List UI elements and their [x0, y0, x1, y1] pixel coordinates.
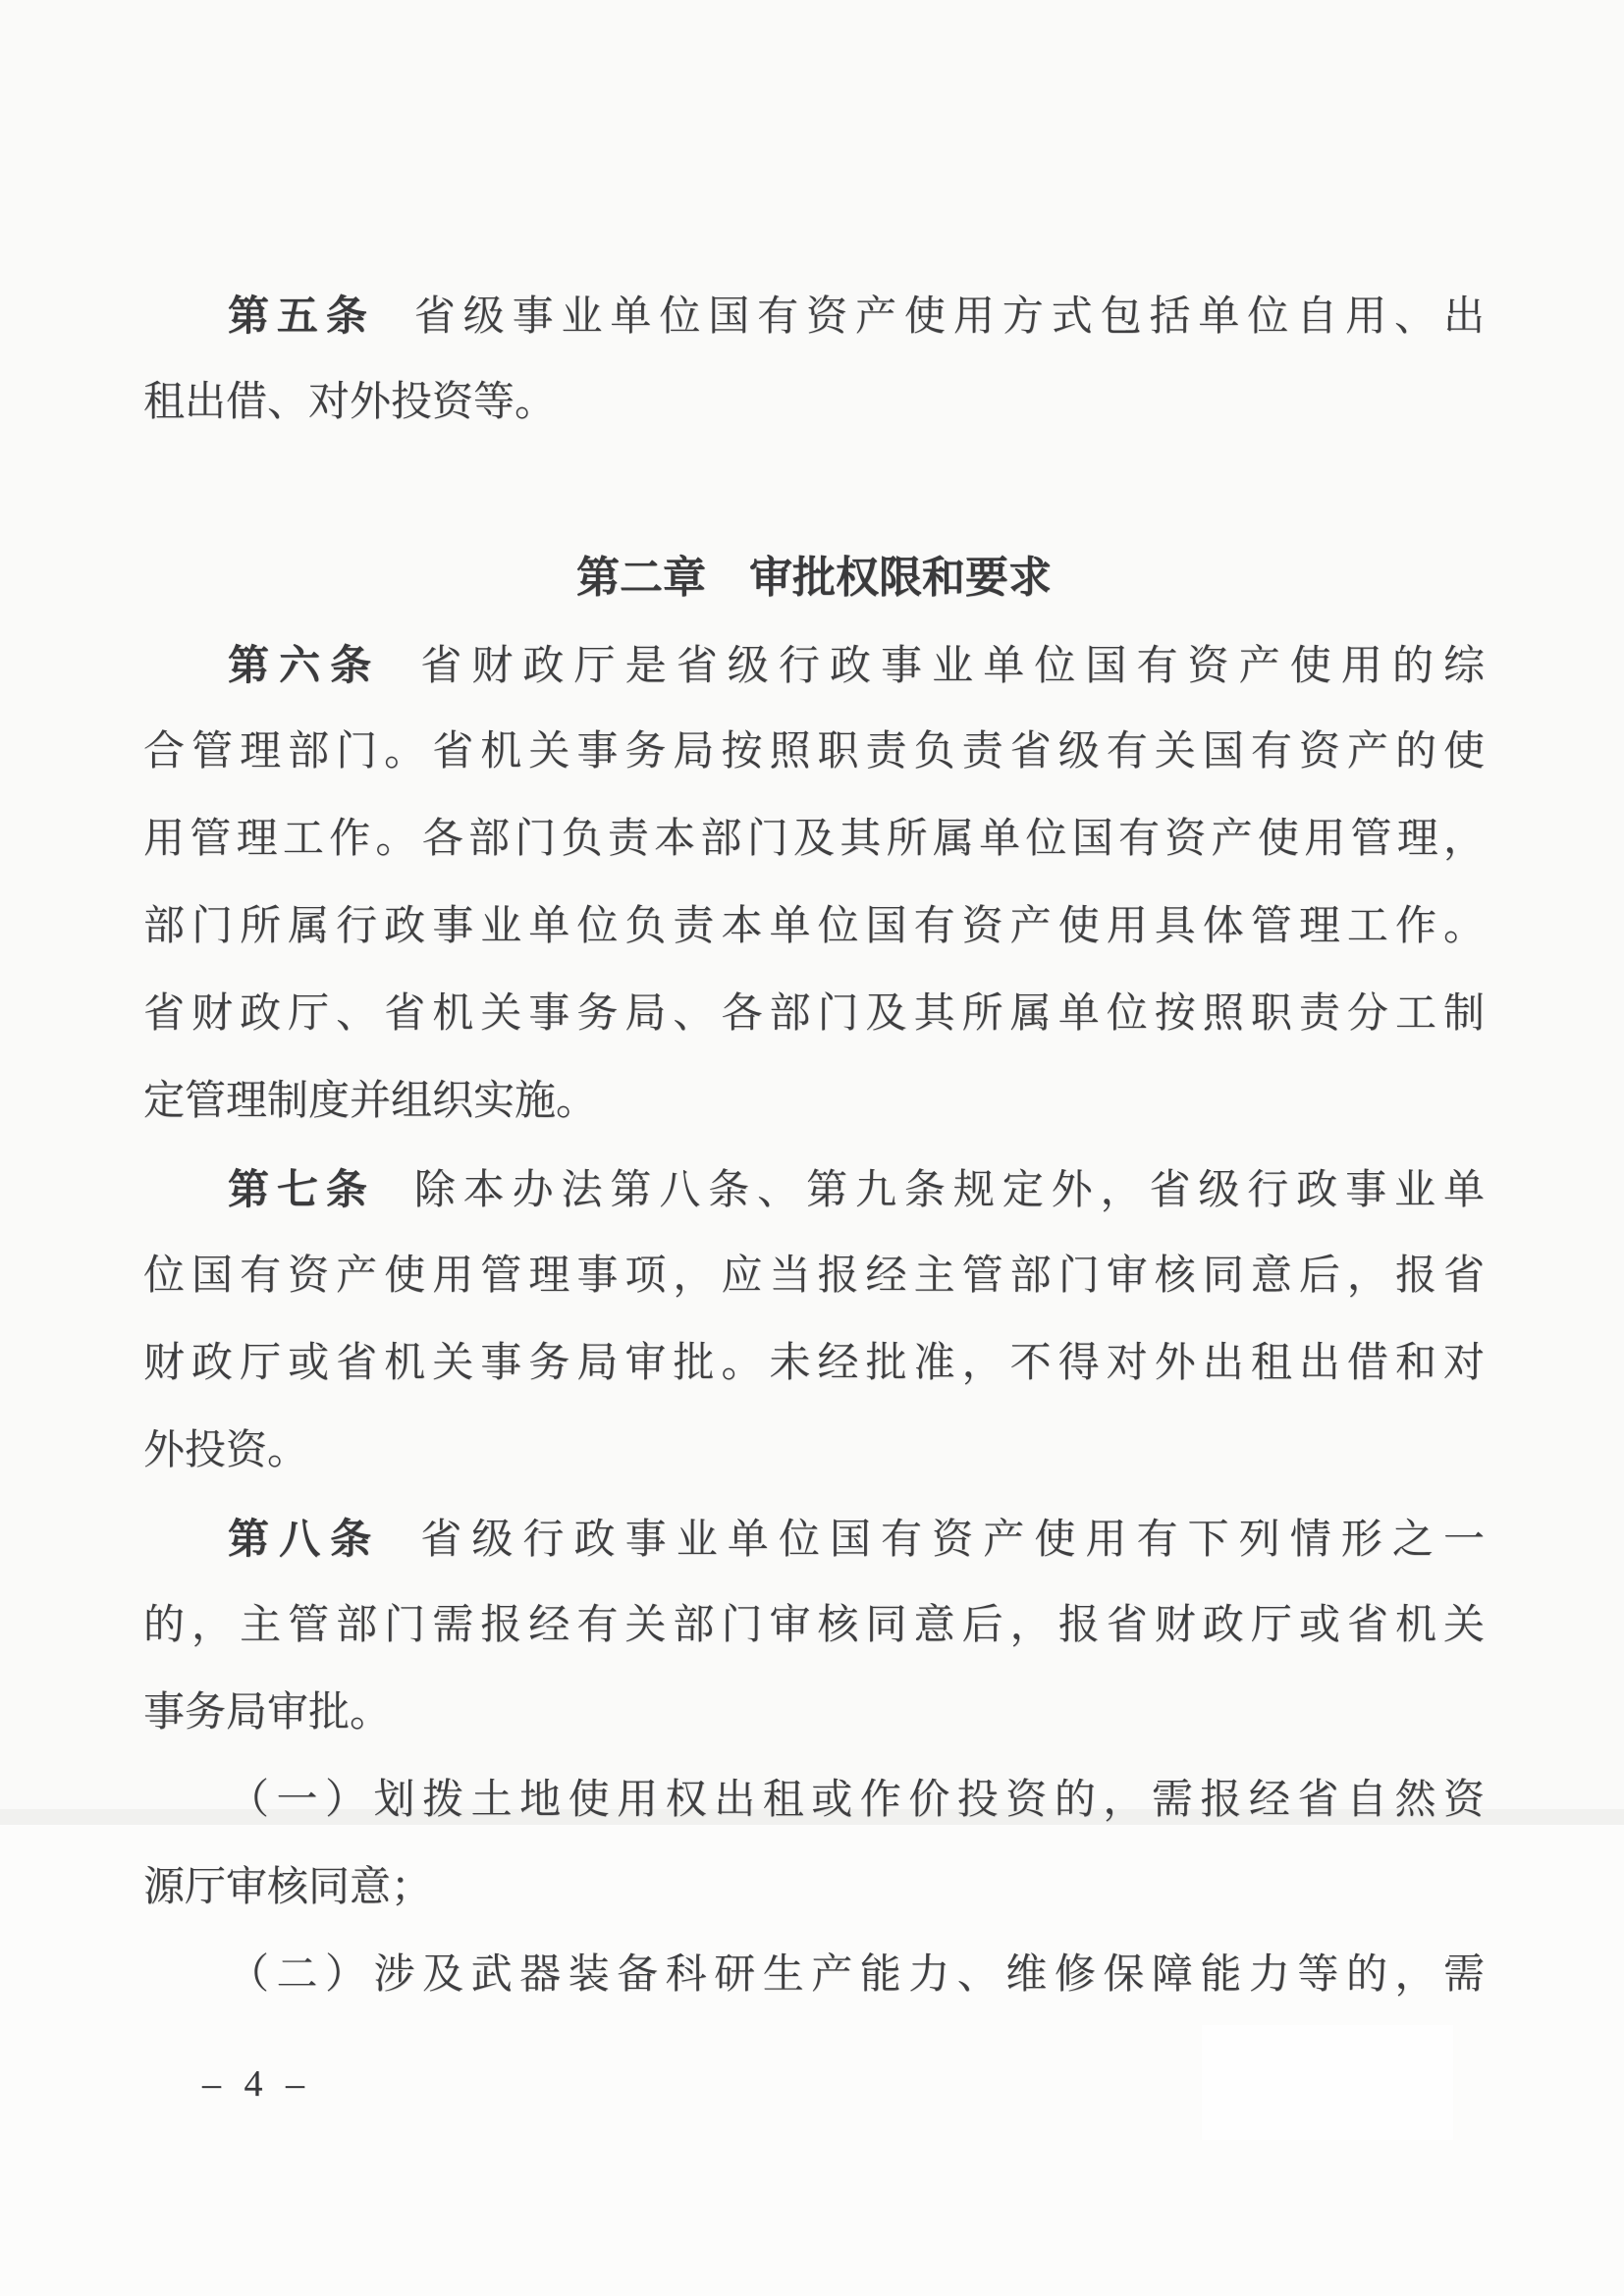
text-line: 第七条除本办法第八条、第九条规定外，省级行政事业单 — [143, 1146, 1485, 1233]
text-line: 外投资。 — [143, 1408, 1485, 1495]
text-line: 定管理制度并组织实施。 — [143, 1058, 1485, 1146]
text-line: （二）涉及武器装备科研生产能力、维修保障能力等的，需 — [143, 1932, 1485, 2019]
article-label: 第五条 — [228, 293, 375, 339]
chapter-heading: 第二章 审批权限和要求 — [143, 534, 1485, 621]
page-number: – 4 – — [202, 2061, 311, 2107]
line-text: 的，主管部门需报经有关部门审核同意后，报省财政厅或省机关 — [143, 1603, 1485, 1648]
line-text: 除本办法第八条、第九条规定外，省级行政事业单 — [414, 1168, 1485, 1213]
scan-white-rect-artifact — [1202, 2025, 1453, 2140]
text-line: 第五条省级事业单位国有资产使用方式包括单位自用、出 — [143, 272, 1485, 359]
line-text: 外投资。 — [143, 1428, 308, 1473]
line-text: 位国有资产使用管理事项，应当报经主管部门审核同意后，报省 — [143, 1254, 1485, 1299]
text-line: 合管理部门。省机关事务局按照职责负责省级有关国有资产的使 — [143, 709, 1485, 796]
article-label: 第六条 — [228, 642, 381, 688]
text-line: 部门所属行政事业单位负责本单位国有资产使用具体管理工作。 — [143, 883, 1485, 971]
document-body: 第五条省级事业单位国有资产使用方式包括单位自用、出租出借、对外投资等。第二章 审… — [143, 272, 1485, 2019]
line-text: 源厅审核同意； — [143, 1865, 432, 1910]
line-text: 省级事业单位国有资产使用方式包括单位自用、出 — [414, 294, 1485, 340]
article-label: 第八条 — [228, 1516, 381, 1562]
line-text: （一）划拨土地使用权出租或作价投资的，需报经省自然资 — [228, 1778, 1485, 1823]
text-line: （一）划拨土地使用权出租或作价投资的，需报经省自然资 — [143, 1757, 1485, 1844]
text-line: 财政厅或省机关事务局审批。未经批准，不得对外出租出借和对 — [143, 1320, 1485, 1408]
text-line: 的，主管部门需报经有关部门审核同意后，报省财政厅或省机关 — [143, 1582, 1485, 1670]
text-line — [143, 447, 1485, 534]
line-text: 定管理制度并组织实施。 — [143, 1079, 597, 1124]
article-label: 第七条 — [228, 1166, 375, 1212]
text-line: 位国有资产使用管理事项，应当报经主管部门审核同意后，报省 — [143, 1233, 1485, 1320]
text-line: 省财政厅、省机关事务局、各部门及其所属单位按照职责分工制 — [143, 971, 1485, 1058]
line-text: 部门所属行政事业单位负责本单位国有资产使用具体管理工作。 — [143, 904, 1485, 949]
line-text: 省财政厅是省级行政事业单位国有资产使用的综 — [420, 644, 1485, 689]
text-line: 事务局审批。 — [143, 1670, 1485, 1757]
line-text: 省财政厅、省机关事务局、各部门及其所属单位按照职责分工制 — [143, 991, 1485, 1037]
line-text: 事务局审批。 — [143, 1690, 391, 1735]
text-line: 租出借、对外投资等。 — [143, 359, 1485, 447]
text-line: 用管理工作。各部门负责本部门及其所属单位国有资产使用管理， — [143, 796, 1485, 883]
text-line: 源厅审核同意； — [143, 1844, 1485, 1932]
line-text: （二）涉及武器装备科研生产能力、维修保障能力等的，需 — [228, 1952, 1485, 1998]
line-text: 租出借、对外投资等。 — [143, 380, 556, 425]
line-text: 用管理工作。各部门负责本部门及其所属单位国有资产使用管理， — [143, 817, 1485, 862]
line-text: 财政厅或省机关事务局审批。未经批准，不得对外出租出借和对 — [143, 1341, 1485, 1386]
text-line: 第八条省级行政事业单位国有资产使用有下列情形之一 — [143, 1495, 1485, 1582]
line-text: 省级行政事业单位国有资产使用有下列情形之一 — [420, 1518, 1485, 1563]
line-text: 合管理部门。省机关事务局按照职责负责省级有关国有资产的使 — [143, 729, 1485, 774]
text-line: 第六条省财政厅是省级行政事业单位国有资产使用的综 — [143, 621, 1485, 709]
line-text: 第二章 审批权限和要求 — [576, 554, 1052, 602]
